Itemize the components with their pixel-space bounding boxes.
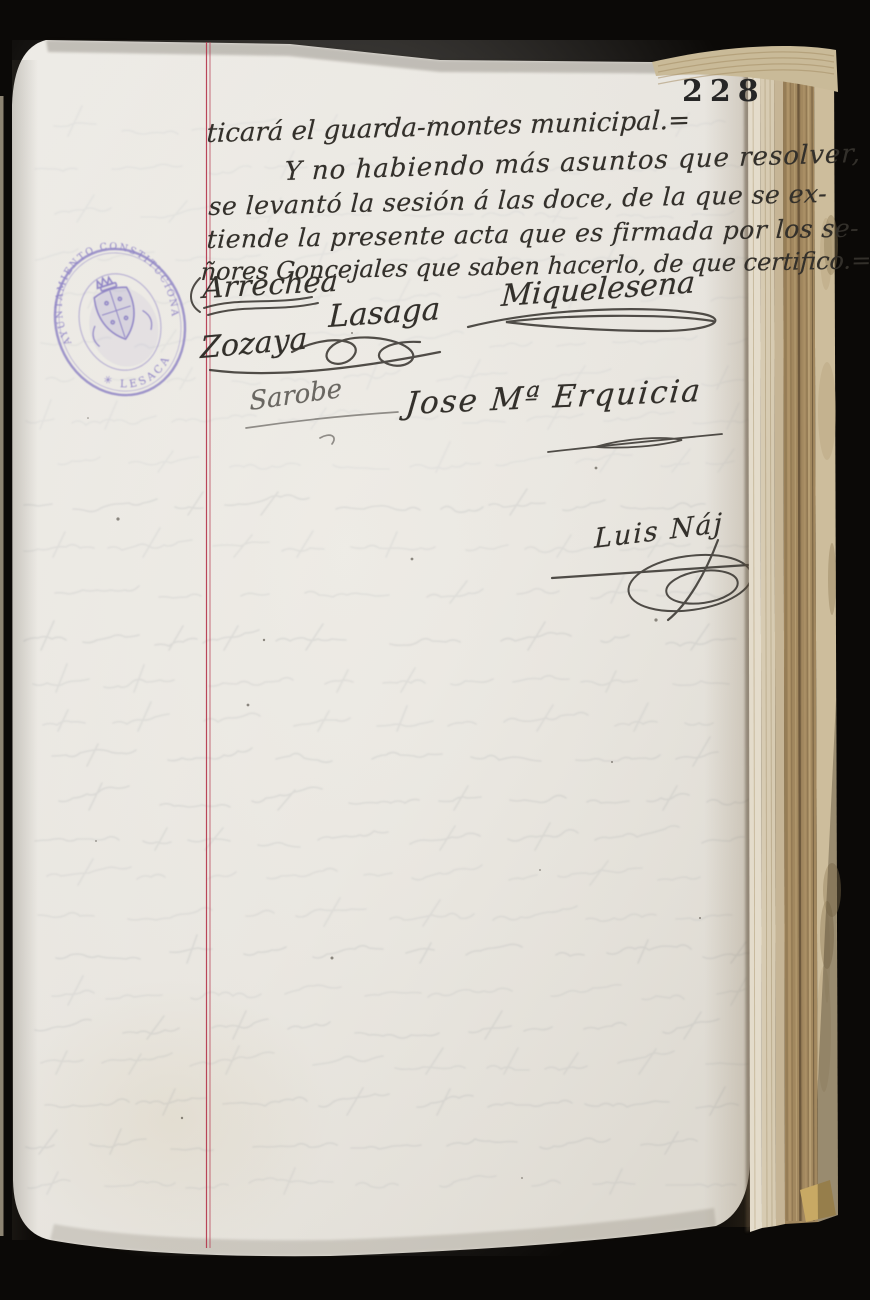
signature-zozaya: Zozaya <box>200 321 308 366</box>
signature-erquicia: Jose Mª Erquicia <box>404 373 704 422</box>
document-scan: AYUNTAMIENTO CONSTITUCIONAL DE ✳ LESACA … <box>0 0 870 1300</box>
signature-arrechea: Arrechea <box>202 264 339 305</box>
signature-lasaga: Lasaga <box>328 291 441 335</box>
page-number: 228 <box>682 74 766 109</box>
signature-luis: Luis Náj <box>594 508 724 555</box>
signature-sarobe: Sarobe <box>249 374 343 417</box>
body-line-1: ticará el guarda-montes municipal.= <box>206 105 691 149</box>
ink-text-layer: 228 ticará el guarda-montes municipal.= … <box>0 0 870 1300</box>
